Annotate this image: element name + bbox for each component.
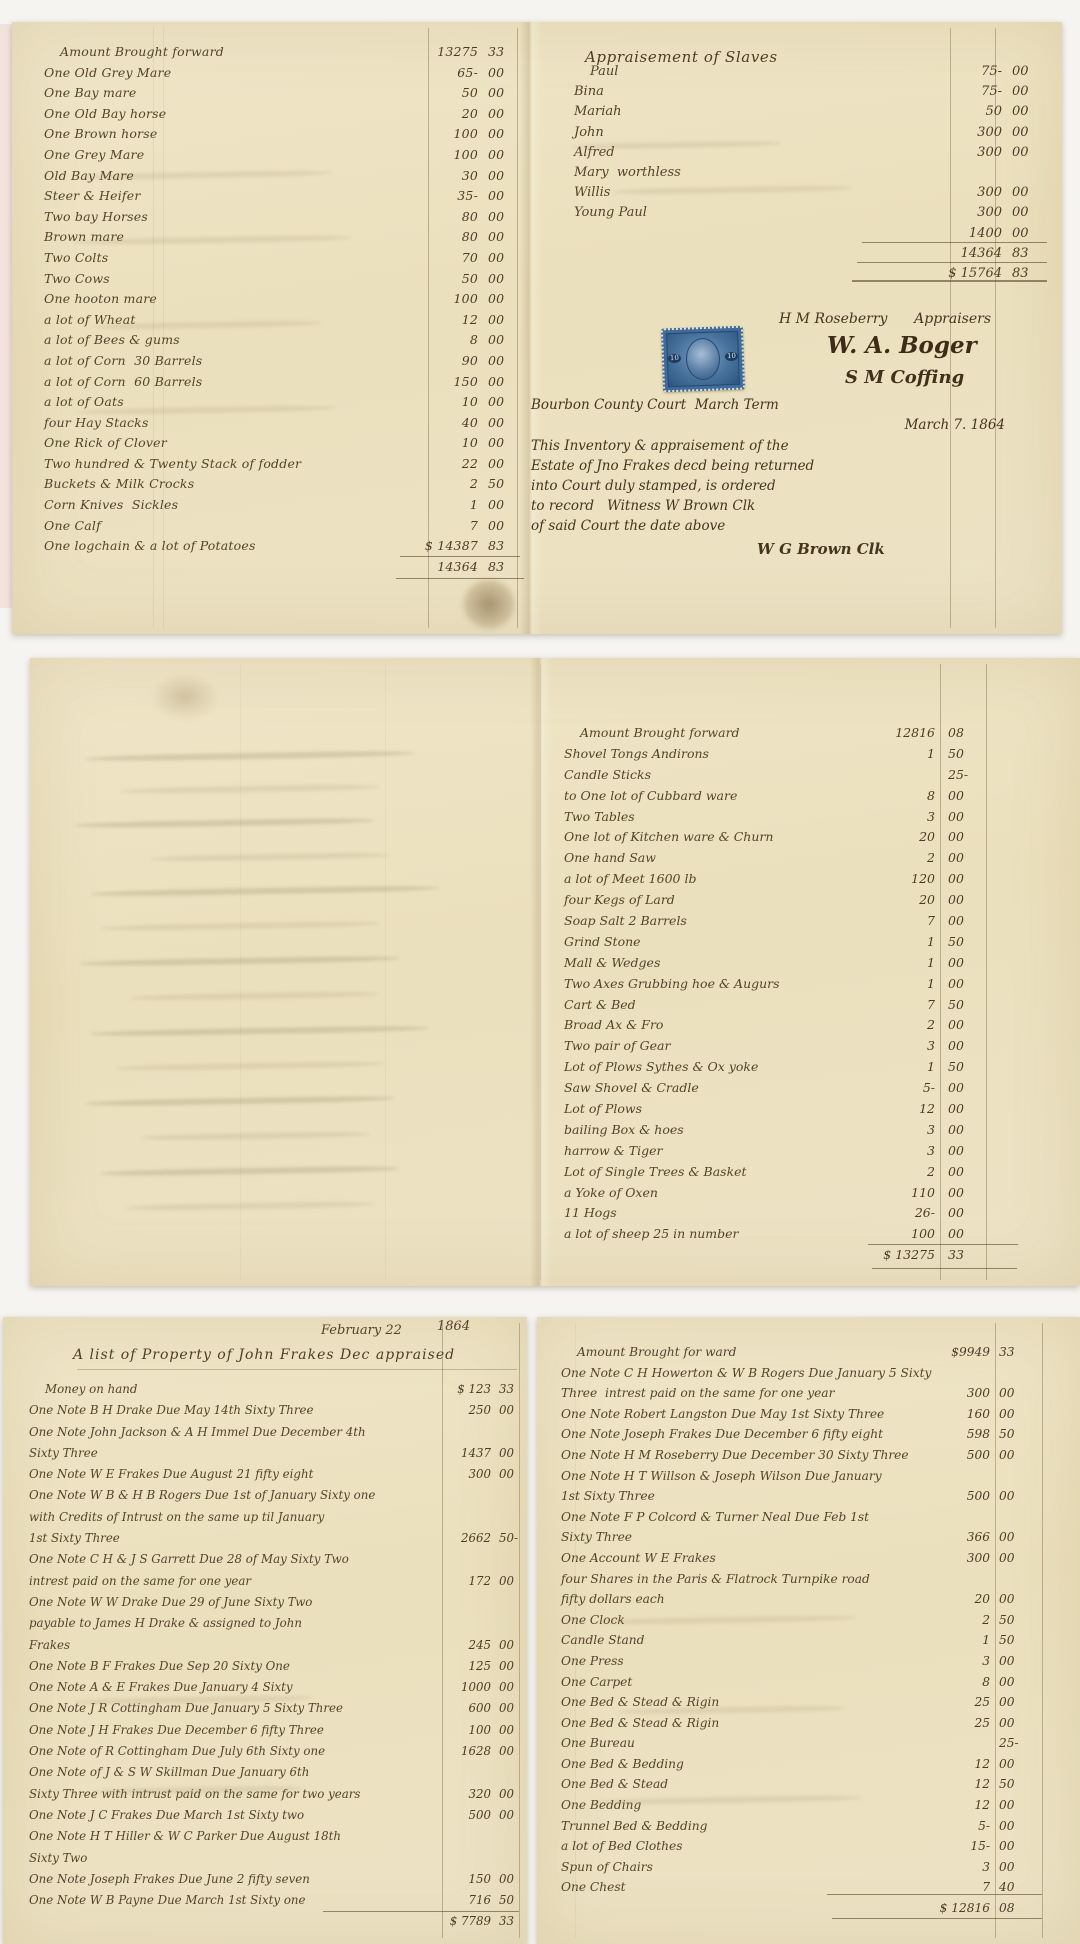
total-rule [827,1894,1042,1895]
ledger-row: One Note Joseph Frakes Due December 6 fi… [547,1424,1077,1445]
amount-dollars: 2 [805,848,935,869]
amount-dollars: $ 14387 [360,536,478,557]
amount-cents: 00 [488,269,534,290]
amount-cents: 00 [999,1404,1051,1425]
amount-cents: 00 [999,1692,1051,1713]
amount-cents: 50 [499,1890,527,1911]
amount-dollars: 3 [805,807,935,828]
amount-cents: 00 [1012,102,1060,122]
ledger-list-bottom-left: Money on hand$ 12333One Note B H Drake D… [15,1379,523,1933]
total-rule [832,1918,1042,1919]
ledger-row: One Bed & Stead & Rigin2500 [547,1713,1077,1734]
bleed-through [90,1025,430,1037]
item-text: One Rick of Clover [30,433,167,454]
amount-cents: 50 [999,1424,1051,1445]
amount-dollars: 1 [360,495,478,516]
amount-cents: 00 [948,1120,998,1141]
amount-dollars: 2 [360,474,478,495]
ledger-row: Two Colts7000 [30,248,530,269]
item-text: One Note C H Howerton & W B Rogers Due J… [547,1363,931,1384]
bleed-through [100,1165,400,1176]
total-rule [868,1244,1018,1245]
amount-cents: 00 [488,124,534,145]
amount-cents: 50 [948,744,998,765]
amount-cents: 00 [948,848,998,869]
amount-cents: 00 [948,1224,998,1245]
ledger-row: One Note of R Cottingham Due July 6th Si… [15,1741,523,1762]
amount-cents: 00 [948,827,998,848]
ledger-row: Two Tables300 [550,807,1078,828]
amount-dollars: 300 [335,1464,491,1485]
ledger-row: Corn Knives Sickles100 [30,495,530,516]
amount-dollars: 300 [872,123,1002,143]
item-text: Soap Salt 2 Barrels [550,911,687,932]
ledger-row: One Note Robert Langston Due May 1st Six… [547,1404,1077,1425]
amount-cents: 00 [1012,183,1060,203]
amount-dollars: 366 [827,1527,990,1548]
ledger-row: a lot of Bees & gums800 [30,330,530,351]
ledger-row: Amount Brought for ward$994933 [547,1342,1077,1363]
ledger-list-top-left: Amount Brought forward1327533One Old Gre… [30,42,530,577]
amount-cents: 50 [999,1630,1051,1651]
item-text: Mall & Wedges [550,953,660,974]
item-text: Spun of Chairs [547,1857,653,1878]
ledger-row: Sixty Three143700 [15,1443,523,1464]
ledger-row: One Rick of Clover1000 [30,433,530,454]
item-text: harrow & Tiger [550,1141,662,1162]
amount-cents: 00 [999,1857,1051,1878]
item-text: One Press [547,1651,624,1672]
amount-dollars: 12816 [805,723,935,744]
ledger-row: Saw Shovel & Cradle5-00 [550,1078,1078,1099]
item-text: Candle Sticks [550,765,651,786]
ledger-row: One Old Grey Mare65-00 [30,63,530,84]
total-rule [852,280,1047,282]
ledger-row: One Note H T Willson & Joseph Wilson Due… [547,1466,1077,1487]
item-text: Trunnel Bed & Bedding [547,1816,707,1837]
ledger-row: a lot of Wheat1200 [30,310,530,331]
amount-dollars: 100 [360,289,478,310]
item-text: One Note H T Hiller & W C Parker Due Aug… [15,1826,341,1847]
amount-dollars: 50 [360,83,478,104]
ledger-row: bailing Box & hoes300 [550,1120,1078,1141]
ledger-row: One Note W B & H B Rogers Due 1st of Jan… [15,1485,523,1506]
ledger-row: Mall & Wedges100 [550,953,1078,974]
ledger-row: One Grey Mare10000 [30,145,530,166]
ledger-row: One Note of J & S W Skillman Due January… [15,1762,523,1783]
amount-dollars: 5- [805,1078,935,1099]
court-line: March 7. 1864 [517,415,1065,436]
ledger-row: harrow & Tiger300 [550,1141,1078,1162]
amount-dollars: 3 [827,1857,990,1878]
item-text: Young Paul [560,203,647,223]
amount-dollars: 245 [335,1635,491,1656]
item-text: One Old Bay horse [30,104,166,125]
item-text: One Brown horse [30,124,157,145]
bleed-through [120,784,380,795]
amount-cents: 00 [948,1015,998,1036]
ledger-row: Mariah5000 [560,102,1060,122]
ledger-list-middle: Amount Brought forward1281608Shovel Tong… [550,723,1078,1266]
ledger-row: $ 1281608 [547,1898,1077,1919]
ledger-row: Amount Brought forward1327533 [30,42,530,63]
ledger-row: One Note J H Frakes Due December 6 fifty… [15,1720,523,1741]
amount-dollars: 100 [360,145,478,166]
amount-cents: 50 [999,1774,1051,1795]
amount-dollars: 300 [827,1383,990,1404]
ledger-row: 1436483 [560,244,1060,264]
item-text: One Bedding [547,1795,641,1816]
amount-cents: 00 [499,1677,527,1698]
item-text: One Bureau [547,1733,635,1754]
item-text: a lot of Bees & gums [30,330,180,351]
amount-dollars: 3 [827,1651,990,1672]
item-text: One logchain & a lot of Potatoes [30,536,256,557]
item-text: Two Tables [550,807,635,828]
amount-dollars: 20 [805,890,935,911]
amount-dollars: 1000 [335,1677,491,1698]
amount-dollars: 120 [805,869,935,890]
item-text: Two Axes Grubbing hoe & Augurs [550,974,780,995]
item-text: One Note John Jackson & A H Immel Due De… [15,1422,366,1443]
bleed-through [130,991,380,1001]
item-text: Frakes [15,1635,70,1656]
amount-cents: 00 [999,1383,1051,1404]
item-text: Brown mare [30,227,124,248]
ledger-row: One Note B H Drake Due May 14th Sixty Th… [15,1400,523,1421]
ledger-row: Cart & Bed750 [550,995,1078,1016]
amount-dollars: 20 [827,1589,990,1610]
amount-dollars: 14364 [872,244,1002,264]
ledger-list-bottom-right: Amount Brought for ward$994933One Note C… [547,1342,1077,1919]
amount-dollars: 320 [335,1784,491,1805]
amount-cents: 00 [1012,82,1060,102]
item-text: four Kegs of Lard [550,890,675,911]
amount-dollars: 600 [335,1698,491,1719]
ledger-row: a lot of Corn 60 Barrels15000 [30,372,530,393]
ledger-row: Candle Sticks25- [550,765,1078,786]
item-text: payable to James H Drake & assigned to J… [15,1613,302,1634]
item-text: Two Colts [30,248,108,269]
ledger-row: One lot of Kitchen ware & Churn2000 [550,827,1078,848]
amount-dollars: 3 [805,1141,935,1162]
amount-dollars: 13275 [360,42,478,63]
amount-cents: 00 [488,104,534,125]
amount-dollars: 250 [335,1400,491,1421]
item-text: to One lot of Cubbard ware [550,786,737,807]
court-line: W G Brown Clk [517,536,1065,562]
amount-dollars: 150 [360,372,478,393]
amount-dollars: $ 123 [335,1379,491,1400]
item-text: Lot of Plows Sythes & Ox yoke [550,1057,758,1078]
item-text: One Note H T Willson & Joseph Wilson Due… [547,1466,882,1487]
amount-dollars: 20 [360,104,478,125]
amount-dollars: 1400 [872,224,1002,244]
item-text: One Note J H Frakes Due December 6 fifty… [15,1720,324,1741]
amount-dollars: 25 [827,1692,990,1713]
ledger-row: Two Axes Grubbing hoe & Augurs100 [550,974,1078,995]
ledger-row: One Press300 [547,1651,1077,1672]
amount-cents: 50 [948,995,998,1016]
total-rule [857,262,1047,263]
amount-cents: 00 [948,1203,998,1224]
item-text: Steer & Heifer [30,186,141,207]
amount-dollars: 80 [360,207,478,228]
paper-stain [462,578,516,630]
ledger-row: a lot of sheep 25 in number10000 [550,1224,1078,1245]
amount-cents: 00 [1012,224,1060,244]
amount-cents: 00 [1012,143,1060,163]
ledger-row: $ 778933 [15,1911,523,1932]
item-text: Lot of Plows [550,1099,642,1120]
item-text: intrest paid on the same for one year [15,1571,251,1592]
ledger-row: One hand Saw200 [550,848,1078,869]
amount-cents: 00 [488,145,534,166]
item-text: a lot of sheep 25 in number [550,1224,739,1245]
amount-cents: 00 [999,1754,1051,1775]
item-text: Willis [560,183,610,203]
item-text: bailing Box & hoes [550,1120,684,1141]
scanned-document: { "colors": { "paper": "#ece2c2", "ink":… [0,0,1080,1944]
ledger-row: Two bay Horses8000 [30,207,530,228]
amount-dollars: 65- [360,63,478,84]
amount-dollars: 598 [827,1424,990,1445]
ledger-row: a lot of Oats1000 [30,392,530,413]
amount-cents: 00 [499,1443,527,1464]
amount-cents: 25- [948,765,998,786]
item-text: One Note W E Frakes Due August 21 fifty … [15,1464,313,1485]
ledger-row: One Note J C Frakes Due March 1st Sixty … [15,1805,523,1826]
amount-cents: 00 [499,1698,527,1719]
item-text: One Note F P Colcord & Turner Neal Due F… [547,1507,869,1528]
ledger-row: One Note H T Hiller & W C Parker Due Aug… [15,1826,523,1847]
amount-dollars: 50 [872,102,1002,122]
amount-dollars: $ 7789 [335,1911,491,1932]
amount-cents: 00 [999,1527,1051,1548]
amount-dollars: 40 [360,413,478,434]
court-line: of said Court the date above [517,516,1065,536]
margin-rule [385,664,386,1280]
ledger-row: 1st Sixty Three50000 [547,1486,1077,1507]
ledger-row: four Shares in the Paris & Flatrock Turn… [547,1569,1077,1590]
amount-dollars: 7 [805,995,935,1016]
item-text: One Bay mare [30,83,136,104]
amount-dollars: 30 [360,166,478,187]
amount-cents: 08 [948,723,998,744]
amount-dollars: 1628 [335,1741,491,1762]
amount-cents: 00 [948,911,998,932]
amount-dollars: 80 [360,227,478,248]
amount-cents: 00 [499,1869,527,1890]
item-text: Mariah [560,102,622,122]
item-text: One hooton mare [30,289,157,310]
item-text: Two Cows [30,269,110,290]
item-text: Shovel Tongs Andirons [550,744,709,765]
item-text: Three intrest paid on the same for one y… [547,1383,834,1404]
item-text: One hand Saw [550,848,656,869]
amount-dollars: 100 [805,1224,935,1245]
ledger-row: Lot of Single Trees & Basket200 [550,1162,1078,1183]
item-text: One Note W B & H B Rogers Due 1st of Jan… [15,1485,375,1506]
ledger-row: Spun of Chairs300 [547,1857,1077,1878]
item-text: Old Bay Mare [30,166,134,187]
amount-cents: 00 [499,1720,527,1741]
court-line: W. A. Boger [517,331,1065,365]
page-bottom-right: Amount Brought for ward$994933One Note C… [537,1317,1080,1944]
amount-cents: 00 [999,1445,1051,1466]
item-text: One Account W E Frakes [547,1548,716,1569]
amount-dollars: 500 [335,1805,491,1826]
amount-cents: 08 [999,1898,1051,1919]
item-text: a lot of Oats [30,392,124,413]
amount-cents: 00 [488,227,534,248]
amount-dollars: 3 [805,1036,935,1057]
ledger-row: payable to James H Drake & assigned to J… [15,1613,523,1634]
amount-cents: 00 [948,1141,998,1162]
amount-dollars: 15- [827,1836,990,1857]
item-text: Two bay Horses [30,207,148,228]
amount-dollars: 5- [827,1816,990,1837]
amount-cents: 00 [999,1672,1051,1693]
amount-cents: 00 [1012,203,1060,223]
ledger-row: Candle Stand150 [547,1630,1077,1651]
amount-dollars: $ 12816 [827,1898,990,1919]
ledger-row: Three intrest paid on the same for one y… [547,1383,1077,1404]
court-line: H M Roseberry Appraisers [517,307,1065,331]
item-text: One Note of R Cottingham Due July 6th Si… [15,1741,325,1762]
amount-dollars: 7 [805,911,935,932]
amount-dollars: 12 [827,1754,990,1775]
ledger-row: Bina75-00 [560,82,1060,102]
ledger-list-slaves: Paul75-00Bina75-00Mariah5000John30000Alf… [560,62,1060,284]
ledger-row: Buckets & Milk Crocks250 [30,474,530,495]
item-text: One Note W W Drake Due 29 of June Sixty … [15,1592,312,1613]
paper-stain [150,673,220,721]
item-text: One Old Grey Mare [30,63,171,84]
ledger-row: four Hay Stacks4000 [30,413,530,434]
item-text: One Calf [30,516,101,537]
scan-strip-top: Amount Brought forward1327533One Old Gre… [12,22,1062,634]
ledger-row: Amount Brought forward1281608 [550,723,1078,744]
amount-dollars: 500 [827,1445,990,1466]
item-text: a lot of Corn 30 Barrels [30,351,202,372]
item-text: Corn Knives Sickles [30,495,178,516]
amount-dollars: 2662 [335,1528,491,1549]
amount-dollars: 2 [805,1162,935,1183]
amount-dollars: 172 [335,1571,491,1592]
item-text: four Shares in the Paris & Flatrock Turn… [547,1569,870,1590]
amount-cents: 00 [499,1784,527,1805]
item-text: Paul [560,62,618,82]
item-text: Amount Brought forward [550,723,740,744]
item-text: One Note C H & J S Garrett Due 28 of May… [15,1549,349,1570]
item-text: a lot of Meet 1600 lb [550,869,696,890]
bleed-through [75,817,375,828]
margin-rule [540,664,541,1280]
amount-cents: 50- [499,1528,527,1549]
amount-dollars: 20 [805,827,935,848]
court-order-block: H M Roseberry AppraisersW. A. BogerS M C… [517,307,1065,562]
item-text: a lot of Bed Clothes [547,1836,683,1857]
item-text: Sixty Three [15,1443,98,1464]
ledger-row: Paul75-00 [560,62,1060,82]
amount-cents: 00 [999,1795,1051,1816]
ledger-row: One Brown horse10000 [30,124,530,145]
ledger-row: Two Cows5000 [30,269,530,290]
amount-dollars: 14364 [360,557,478,578]
bleed-through [85,750,415,762]
amount-cents: 00 [948,1078,998,1099]
title-rule [77,1369,517,1370]
ledger-row: Trunnel Bed & Bedding5-00 [547,1816,1077,1837]
amount-cents: 00 [948,869,998,890]
list-title: A list of Property of John Frakes Dec ap… [73,1347,455,1363]
item-text: Mary worthless [560,163,681,183]
ledger-row: 140000 [560,224,1060,244]
ledger-row: Lot of Plows1200 [550,1099,1078,1120]
item-text: Amount Brought for ward [547,1342,736,1363]
bleed-through [125,1201,375,1211]
item-text: One Note W B Payne Due March 1st Sixty o… [15,1890,306,1911]
amount-cents: 00 [999,1713,1051,1734]
amount-dollars: 8 [827,1672,990,1693]
amount-cents: 50 [948,1057,998,1078]
amount-dollars: 7 [360,516,478,537]
ledger-row: $ 1327533 [550,1245,1078,1266]
amount-cents: 00 [488,166,534,187]
ledger-row: to One lot of Cubbard ware800 [550,786,1078,807]
amount-dollars: 1 [805,744,935,765]
total-rule [396,578,524,579]
date-label: February 22 [321,1323,402,1338]
ledger-row: a lot of Corn 30 Barrels9000 [30,351,530,372]
scan-edge [0,24,12,608]
amount-dollars: 300 [827,1548,990,1569]
amount-cents: 00 [948,807,998,828]
ledger-row: One Note W E Frakes Due August 21 fifty … [15,1464,523,1485]
ledger-row: Lot of Plows Sythes & Ox yoke150 [550,1057,1078,1078]
item-text: 1st Sixty Three [547,1486,655,1507]
item-text: Amount Brought forward [30,42,224,63]
court-line: Estate of Jno Frakes decd being returned [517,456,1065,476]
amount-dollars: $ 13275 [805,1245,935,1266]
amount-cents: 33 [999,1342,1051,1363]
amount-cents: 00 [1012,123,1060,143]
amount-cents: 00 [488,63,534,84]
ledger-row: One Bed & Bedding1200 [547,1754,1077,1775]
ledger-row: One Note C H Howerton & W B Rogers Due J… [547,1363,1077,1384]
amount-dollars: 1 [805,974,935,995]
amount-dollars: 1 [805,1057,935,1078]
item-text: a lot of Wheat [30,310,136,331]
amount-dollars: 8 [805,786,935,807]
amount-dollars: 716 [335,1890,491,1911]
amount-dollars: 500 [827,1486,990,1507]
ledger-row: One Calf700 [30,516,530,537]
amount-dollars: 25 [827,1713,990,1734]
amount-cents: 00 [948,786,998,807]
item-text: Sixty Two [15,1848,87,1869]
item-text: 11 Hogs [550,1203,617,1224]
amount-dollars: 8 [360,330,478,351]
ledger-row: Grind Stone150 [550,932,1078,953]
amount-cents: 00 [948,1162,998,1183]
court-line: Bourbon County Court March Term [517,395,1065,415]
amount-cents: 00 [499,1635,527,1656]
item-text: One Note of J & S W Skillman Due January… [15,1762,309,1783]
item-text: Buckets & Milk Crocks [30,474,194,495]
ledger-row: One Bay mare5000 [30,83,530,104]
